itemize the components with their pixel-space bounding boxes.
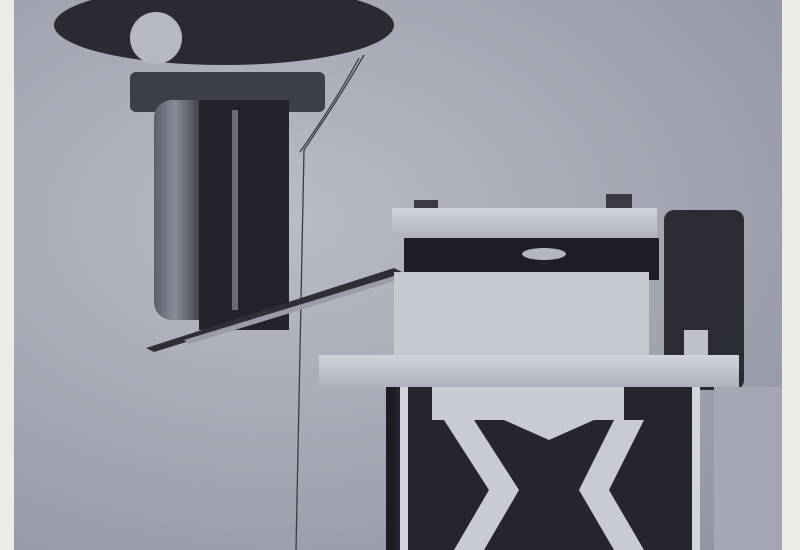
clamp-fixture xyxy=(319,194,744,390)
apparatus-scene xyxy=(14,0,782,550)
photo-border xyxy=(0,0,800,550)
loading-head xyxy=(54,0,394,330)
x-shaped-support-frame xyxy=(386,387,782,550)
photograph xyxy=(14,0,782,550)
